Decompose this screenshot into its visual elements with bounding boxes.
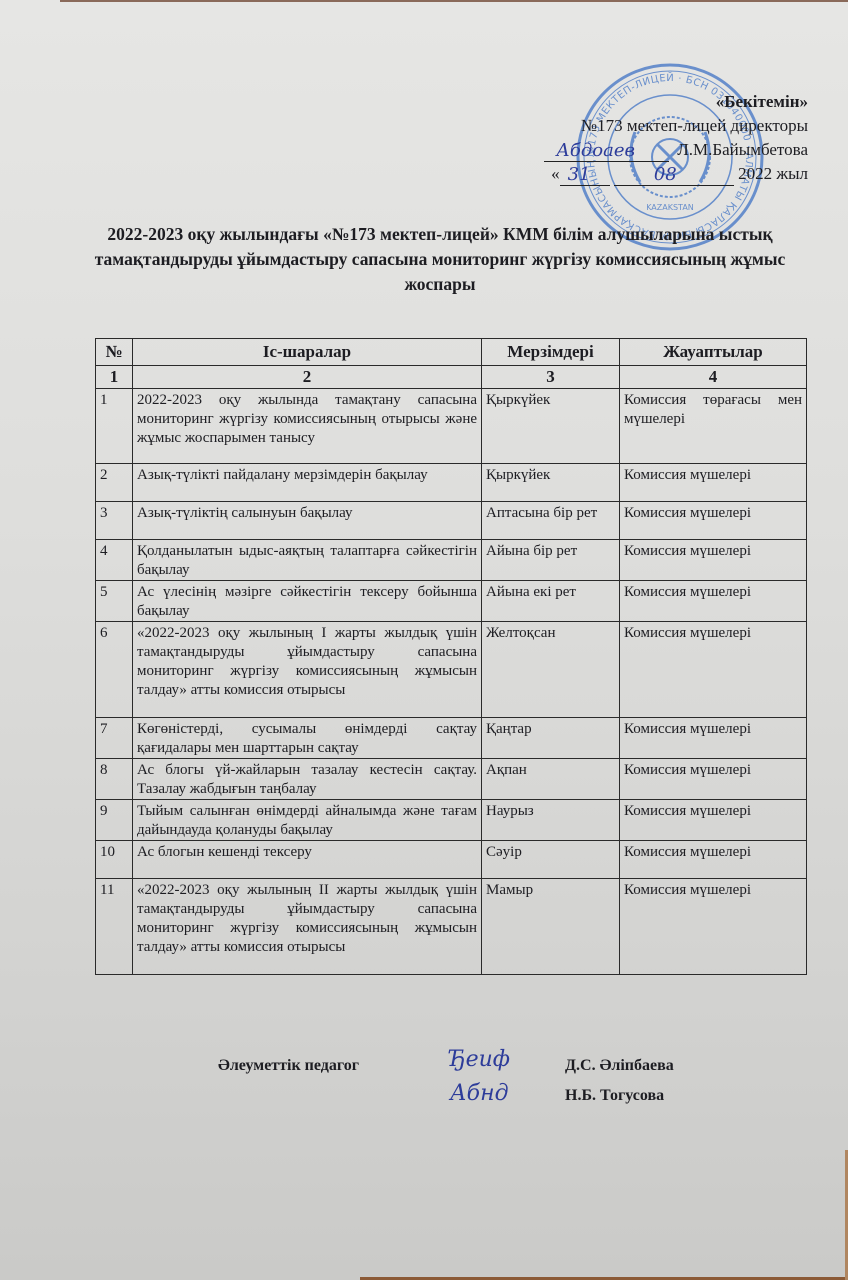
row-responsible: Комиссия мүшелері [620,540,807,581]
row-number: 5 [96,581,133,622]
signer-role: Әлеуметтік педагог [218,1057,359,1075]
signer-name-2: Н.Б. Тогусова [565,1087,664,1105]
row-activity: 2022-2023 оқу жылында тамақтану сапасына… [133,389,482,464]
director-name: Л.М.Байымбетова [677,140,808,159]
row-activity: Көгөністерді, сусымалы өнімдерді сақтау … [133,718,482,759]
row-activity: «2022-2023 оқу жылының І жарты жылдық үш… [133,622,482,718]
row-responsible: Комиссия мүшелері [620,581,807,622]
row-responsible: Комиссия төрағасы мен мүшелері [620,389,807,464]
row-term: Ақпан [482,759,620,800]
row-activity: Ас блогы үй-жайларын тазалау кестесін са… [133,759,482,800]
row-term: Аптасына бір рет [482,502,620,540]
row-term: Айына бір рет [482,540,620,581]
row-activity: Ас блогын кешенді тексеру [133,841,482,879]
row-activity: Тыйым салынған өнімдерді айналымда және … [133,800,482,841]
svg-text:KAZAKSTAN: KAZAKSTAN [646,203,694,212]
date-year: 2022 жыл [738,164,808,183]
column-number: 1 [96,366,133,389]
column-number: 3 [482,366,620,389]
header-terms: Мерзімдері [482,339,620,366]
header-number: № [96,339,133,366]
row-responsible: Комиссия мүшелері [620,622,807,718]
row-term: Қыркүйек [482,389,620,464]
date-month: 08 [654,163,677,187]
table-row: 6«2022-2023 оқу жылының І жарты жылдық ү… [96,622,807,718]
table-header-row: № Іс-шаралар Мерзімдері Жауаптылар [96,339,807,366]
date-day-blank: 31 [560,167,610,186]
column-number: 4 [620,366,807,389]
document-title: 2022-2023 оқу жылындағы «№173 мектеп-лиц… [70,222,810,297]
row-term: Қаңтар [482,718,620,759]
table-row: 4Қолданылатын ыдыс-аяқтың талаптарға сәй… [96,540,807,581]
table-row: 10Ас блогын кешенді тексеруСәуірКомиссия… [96,841,807,879]
signature-2: Абнд [450,1081,509,1106]
row-activity: «2022-2023 оқу жылының ІІ жарты жылдық ү… [133,879,482,975]
row-number: 9 [96,800,133,841]
row-term: Желтоқсан [482,622,620,718]
table-row: 8Ас блогы үй-жайларын тазалау кестесін с… [96,759,807,800]
table-row: 11«2022-2023 оқу жылының ІІ жарты жылдық… [96,879,807,975]
header-activities: Іс-шаралар [133,339,482,366]
row-number: 4 [96,540,133,581]
row-term: Айына екі рет [482,581,620,622]
row-responsible: Комиссия мүшелері [620,718,807,759]
signature-1: Ђеиф [448,1047,510,1072]
column-number: 2 [133,366,482,389]
row-term: Сәуір [482,841,620,879]
row-term: Қыркүйек [482,464,620,502]
row-responsible: Комиссия мүшелері [620,759,807,800]
director-signature: Абдоаев [556,139,635,163]
row-responsible: Комиссия мүшелері [620,800,807,841]
row-number: 11 [96,879,133,975]
table-row: 3Азық-түліктің салынуын бақылауАптасына … [96,502,807,540]
date-quote: « [551,164,560,183]
row-activity: Ас үлесінің мәзірге сәйкестігін тексеру … [133,581,482,622]
row-activity: Азық-түліктің салынуын бақылау [133,502,482,540]
row-responsible: Комиссия мүшелері [620,464,807,502]
row-responsible: Комиссия мүшелері [620,841,807,879]
work-plan-table: № Іс-шаралар Мерзімдері Жауаптылар 1 2 3… [95,338,807,975]
row-number: 2 [96,464,133,502]
signer-name-1: Д.С. Әліпбаева [565,1057,674,1075]
paper-top-edge [60,0,848,2]
row-term: Наурыз [482,800,620,841]
table-row: 9Тыйым салынған өнімдерді айналымда және… [96,800,807,841]
table-row: 2Азық-түлікті пайдалану мерзімдерін бақы… [96,464,807,502]
signature-blank: Абдоаев [544,143,669,162]
date-day: 31 [568,163,591,187]
row-activity: Азық-түлікті пайдалану мерзімдерін бақыл… [133,464,482,502]
approval-title: «Бекітемін» [544,90,808,114]
approval-block: «Бекітемін» №173 мектеп-лицей директоры … [544,90,808,186]
column-number-row: 1 2 3 4 [96,366,807,389]
approval-date: «31 08 2022 жыл [544,162,808,186]
row-number: 6 [96,622,133,718]
header-responsible: Жауаптылар [620,339,807,366]
director-signature-line: Абдоаев Л.М.Байымбетова [544,138,808,162]
row-number: 7 [96,718,133,759]
table-body: 12022-2023 оқу жылында тамақтану сапасын… [96,389,807,975]
row-number: 1 [96,389,133,464]
director-position: №173 мектеп-лицей директоры [544,114,808,138]
row-number: 10 [96,841,133,879]
row-responsible: Комиссия мүшелері [620,879,807,975]
row-responsible: Комиссия мүшелері [620,502,807,540]
table-row: 7Көгөністерді, сусымалы өнімдерді сақтау… [96,718,807,759]
row-term: Мамыр [482,879,620,975]
row-number: 3 [96,502,133,540]
row-activity: Қолданылатын ыдыс-аяқтың талаптарға сәйк… [133,540,482,581]
row-number: 8 [96,759,133,800]
table-row: 5Ас үлесінің мәзірге сәйкестігін тексеру… [96,581,807,622]
table-row: 12022-2023 оқу жылында тамақтану сапасын… [96,389,807,464]
date-month-blank: 08 [614,167,734,186]
